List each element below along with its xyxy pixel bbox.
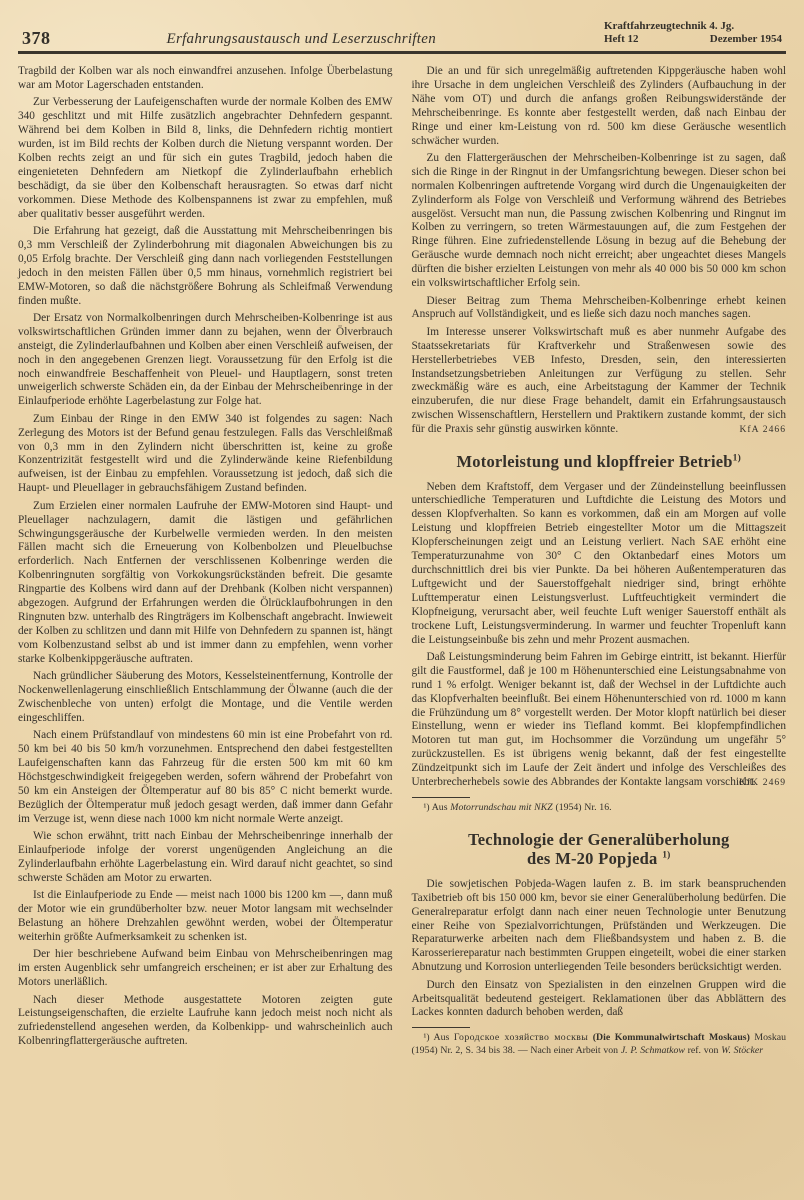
footnote-source-cyrillic: Городское хозяйство москвы — [454, 1032, 588, 1043]
paragraph-text: Im Interesse unserer Volkswirtschaft muß… — [412, 326, 787, 435]
paragraph: Die sowjetischen Pobjeda-Wagen laufen z.… — [412, 878, 787, 975]
article-title-popjeda: Technologie der Generalüberholung des M-… — [412, 830, 787, 869]
paragraph-with-signature: Daß Leistungsminderung beim Fahren im Ge… — [412, 651, 787, 790]
footnote-translation: (Die Kommunalwirtschaft Moskaus) — [593, 1032, 750, 1043]
paragraph: Dieser Beitrag zum Thema Mehrscheiben-Ko… — [412, 295, 787, 323]
journal-issue-info: Kraftfahrzeugtechnik 4. Jg. Heft 12 Deze… — [604, 20, 782, 46]
paragraph: Durch den Einsatz von Spezialisten in de… — [412, 979, 787, 1021]
paragraph: Tragbild der Kolben war als noch einwand… — [18, 65, 393, 93]
header-rule — [18, 51, 786, 54]
left-column: Tragbild der Kolben war als noch einwand… — [18, 65, 393, 1060]
paragraph: Der Ersatz von Normalkolbenringen durch … — [18, 312, 393, 409]
journal-page: 378 Erfahrungsaustausch und Leserzuschri… — [0, 0, 804, 1200]
paragraph: Nach einem Prüfstandlauf von mindestens … — [18, 729, 393, 826]
paragraph: Die Erfahrung hat gezeigt, daß die Ausst… — [18, 225, 393, 308]
journal-name: Kraftfahrzeugtechnik 4. Jg. — [604, 20, 782, 33]
footnote-divider — [412, 797, 470, 798]
footnote-reference: 1) — [733, 454, 741, 464]
paragraph-text: Daß Leistungsminderung beim Fahren im Ge… — [412, 651, 787, 788]
paragraph: Zu den Flattergeräuschen der Mehrscheibe… — [412, 152, 787, 291]
paragraph: Zum Einbau der Ringe in den EMW 340 ist … — [18, 413, 393, 496]
page-header: 378 Erfahrungsaustausch und Leserzuschri… — [18, 20, 786, 51]
paragraph: Nach dieser Methode ausgestattete Motore… — [18, 994, 393, 1050]
footnote: ¹) Aus Motorrundschau mit NKZ (1954) Nr.… — [412, 802, 787, 815]
footnote-author: J. P. Schmatkow — [621, 1045, 685, 1056]
two-column-body: Tragbild der Kolben war als noch einwand… — [18, 65, 786, 1060]
article-title-motorleistung: Motorleistung und klopffreier Betrieb1) — [412, 452, 787, 472]
paragraph-with-signature: Im Interesse unserer Volkswirtschaft muß… — [412, 326, 787, 437]
page-number: 378 — [22, 28, 51, 49]
paragraph: Zum Erzielen einer normalen Laufruhe der… — [18, 500, 393, 667]
section-title: Erfahrungsaustausch und Leserzuschriften — [166, 31, 436, 48]
paragraph: Zur Verbesserung der Laufeigenschaften w… — [18, 96, 393, 221]
footnote-source: Motorrundschau mit NKZ — [450, 802, 552, 813]
footnote: ¹) Aus Городское хозяйство москвы (Die K… — [412, 1032, 787, 1058]
footnote-reference: 1) — [662, 851, 670, 861]
footnote-divider — [412, 1027, 470, 1028]
issue-date: Dezember 1954 — [710, 33, 782, 46]
issue-number: Heft 12 — [604, 33, 639, 46]
footnote-referent: W. Stöcker — [721, 1045, 763, 1056]
footnote-marker: ¹) — [424, 803, 430, 813]
footnote-marker: ¹) — [424, 1033, 430, 1043]
paragraph: Die an und für sich unregelmäßig auftret… — [412, 65, 787, 148]
paragraph: Ist die Einlaufperiode zu Ende — meist n… — [18, 889, 393, 945]
paragraph: Nach gründlicher Säuberung des Motors, K… — [18, 670, 393, 726]
paragraph: Wie schon erwähnt, tritt nach Einbau der… — [18, 830, 393, 886]
paragraph: Neben dem Kraftstoff, dem Vergaser und d… — [412, 481, 787, 648]
paragraph: Der hier beschriebene Aufwand beim Einba… — [18, 948, 393, 990]
right-column: Die an und für sich unregelmäßig auftret… — [412, 65, 787, 1060]
